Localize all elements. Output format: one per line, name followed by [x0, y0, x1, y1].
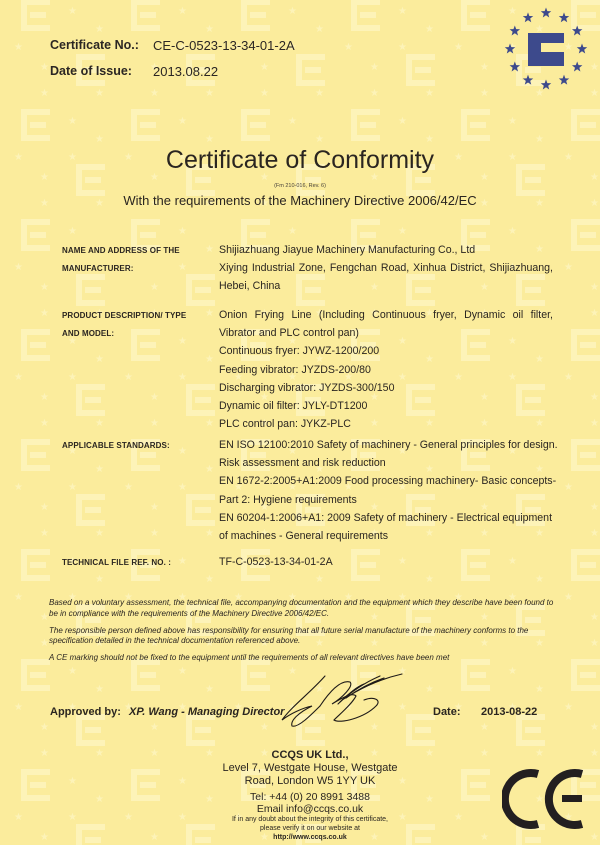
standards-value: EN ISO 12100:2010 Safety of machinery - … — [219, 436, 553, 545]
issuer-phone: Tel: +44 (0) 20 8991 3488 — [200, 791, 420, 803]
document-subtitle: With the requirements of the Machinery D… — [0, 193, 600, 208]
technical-file-value: TF-C-0523-13-34-01-2A — [219, 553, 553, 571]
product-label: PRODUCT DESCRIPTION/ TYPE AND MODEL: — [62, 307, 212, 343]
manufacturer-label: NAME AND ADDRESS OF THE MANUFACTURER: — [62, 242, 212, 278]
signature-icon — [280, 668, 410, 728]
ce-mark-icon — [502, 768, 588, 830]
technical-file-label: TECHNICAL FILE REF. NO. : — [62, 554, 212, 572]
document-title: Certificate of Conformity — [0, 146, 600, 175]
legal-ce-marking-statement: A CE marking should not be fixed to the … — [49, 653, 559, 664]
approval-date-label: Date: — [433, 706, 461, 718]
issuer-website-link[interactable]: http://www.ccqs.co.uk — [200, 833, 420, 842]
approved-by-label: Approved by: — [50, 706, 121, 718]
date-of-issue-label: Date of Issue: — [50, 64, 132, 78]
approved-by-name: XP. Wang - Managing Director — [129, 706, 284, 718]
verify-note: please verify it on our website at — [200, 824, 420, 833]
certificate-no-value: CE-C-0523-13-34-01-2A — [153, 38, 295, 53]
standards-label: APPLICABLE STANDARDS: — [62, 437, 212, 455]
manufacturer-value: Shijiazhuang Jiayue Machinery Manufactur… — [219, 241, 553, 296]
issuer-address-line: Road, London W5 1YY UK — [200, 775, 420, 788]
eu-stars-e-logo-icon — [498, 6, 594, 92]
certificate-no-label: Certificate No.: — [50, 38, 139, 52]
issuer-address-line: Level 7, Westgate House, Westgate — [200, 762, 420, 775]
verify-note: If in any doubt about the integrity of t… — [200, 815, 420, 824]
product-value: Onion Frying Line (Including Continuous … — [219, 306, 553, 433]
legal-compliance-statement: Based on a voluntary assessment, the tec… — [49, 598, 559, 619]
legal-statements: Based on a voluntary assessment, the tec… — [49, 598, 559, 670]
legal-responsibility-statement: The responsible person defined above has… — [49, 626, 559, 647]
issuer-block: CCQS UK Ltd., Level 7, Westgate House, W… — [200, 749, 420, 842]
date-of-issue-value: 2013.08.22 — [153, 64, 218, 79]
issuer-email: Email info@ccqs.co.uk — [200, 803, 420, 815]
issuer-name: CCQS UK Ltd., — [200, 749, 420, 762]
form-reference: (Fm 210-016, Rev. 6) — [0, 183, 600, 189]
approval-date-value: 2013-08-22 — [481, 706, 537, 718]
